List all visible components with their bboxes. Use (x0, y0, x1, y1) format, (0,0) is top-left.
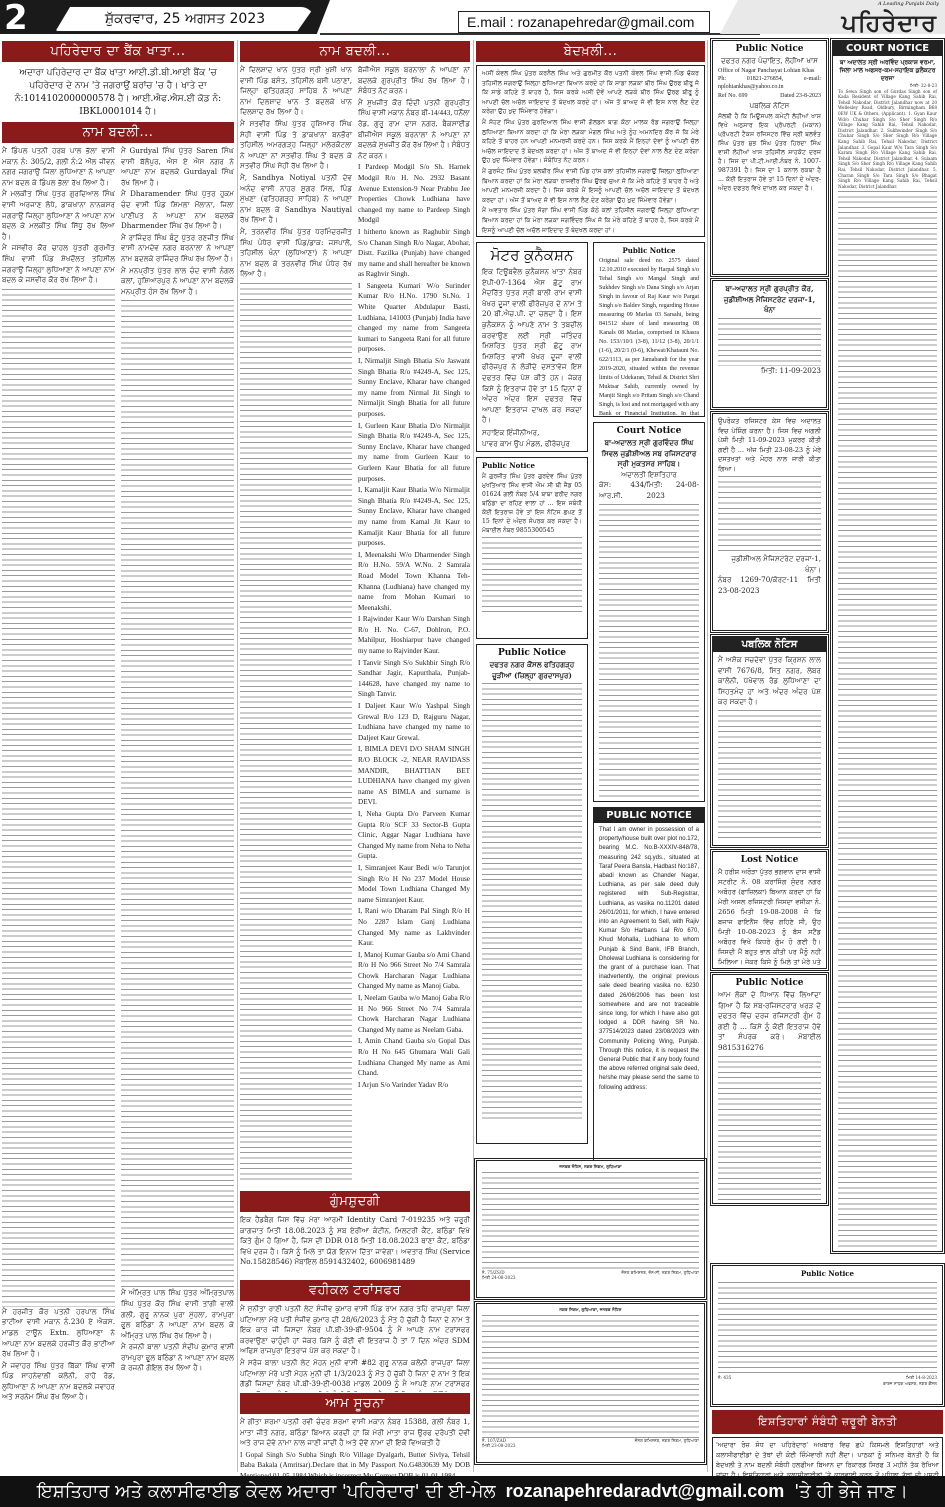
list-item: ਮੈਂ ਹਰਜੀਤ ਕੌਰ ਪਤਨੀ ਹਰਪਾਲ ਸਿੰਘ ਭਾਟੀਆ ਵਾਸੀ… (2, 1307, 115, 1360)
notice-title: Public Notice (482, 648, 582, 658)
column-3: ਬੇਦਖ਼ਲੀ... ਅਸੀਂ ਕੇਵਲ ਸਿੰਘ ਪੁੱਤਰ ਕਰਨੈਲ ਸਿ… (476, 40, 705, 1192)
disinheritance-box: ਅਸੀਂ ਕੇਵਲ ਸਿੰਘ ਪੁੱਤਰ ਕਰਨੈਲ ਸਿੰਘ ਅਤੇ ਗੁਰਮ… (476, 65, 705, 237)
filler-text (718, 1280, 937, 1375)
signature: ਜ਼ੋਨਲ ਕਮਿਸ਼ਨਰ, ਨਗਰ ਨਿਗਮ, ਲੁਧਿਆਣਾ (635, 1438, 699, 1444)
page-number: 2 (4, 0, 27, 38)
masthead-tagline: A Leading Punjabi Daily (878, 1, 939, 7)
list-item: ਮੈਂ Dharamender ਸਿੰਘ ਪੁੱਤਰ ਹੁਕਮ ਚੰਦ ਵਾਸੀ… (121, 189, 234, 231)
bank-account-text: ਅਦਾਰਾ ਪਹਿਰੇਦਾਰ ਦਾ ਬੈਂਕ ਖਾਤਾ ਆਈ.ਡੀ.ਬੀ.ਆਈ … (2, 65, 234, 121)
filler-text (482, 1313, 699, 1438)
name-change-heading: ਨਾਮ ਬਦਲੀ... (2, 122, 234, 143)
public-notice-english: PUBLIC NOTICE That I am owner in possess… (593, 807, 705, 1187)
footer-suffix: 'ਤੇ ਹੀ ਭੇਜੇ ਜਾਣ। (794, 1481, 908, 1502)
list-item: I, Kamaljit Kaur Bhatia W/o Nirmaljit Si… (358, 485, 470, 549)
list-item: ਬੋਜੀਐਸ ਸਕੂਲ ਬਰਨਾਲਾ ਨੇ ਆਪਣਾ ਨਾਂ ਬਦਲਕੇ ਗੁਰ… (358, 65, 470, 97)
notice-head: ਪਬਲਿਕ ਨੋਟਿਸ (718, 101, 821, 112)
general-notice-heading: ਆਮ ਸੂਚਨਾ (240, 1393, 470, 1414)
list-item: ਮੈਂ ਮਨਪ੍ਰੀਤ ਪੁੱਤਰ ਲਾਲ ਚੰਦ ਵਾਸੀ ਨੰਗਲ ਕਲਾਂ… (121, 266, 234, 298)
notice-subtitle: ਬਾ-ਅਦਾਲਤ ਸ੍ਰੀ ਗੁਰਪ੍ਰੀਤ ਕੌਰ, ਜੁਡੀਸ਼ੀਅਲ ਮੈ… (718, 284, 821, 316)
list-item: ਮੈਂ ਅਵਤਾਰ ਸਿੰਘ ਪੁੱਤਰ ਜੋਗਾ ਸਿੰਘ ਵਾਸੀ ਪਿੰਡ… (482, 206, 699, 235)
notice-date: ਮਿਤੀ 23-08-2023 (482, 1443, 699, 1449)
filler-text (121, 298, 234, 1288)
court-notice-nakodar: COURT NOTICE ਬਾ ਅਦਾਲਤ ਸ੍ਰੀ ਅਰਵਿੰਦ ਪ੍ਰਕਾਸ… (832, 40, 943, 1252)
notice-head: ਅਦਾਲਤੀ ਇਸ਼ਤਿਹਾਰ (599, 470, 699, 481)
list-item: I hitherto known as Raghubir Singh S/o C… (358, 227, 470, 280)
notice-subtitle: ਬਾ ਅਦਾਲਤ ਸ੍ਰੀ ਅਰਵਿੰਦ ਪ੍ਰਕਾਸ਼ ਵਰਮਾ, ਜਿਲਾ … (838, 59, 937, 83)
lost-heading: ਗੁੰਮਸ਼ੁਦਗੀ (240, 1191, 470, 1212)
name-change-list-left: ਮੈਂ ਡਿੰਪਲ ਪਤਨੀ ਹਰਬ ਪਾਲ ਭੱਲਾ ਵਾਸੀ ਮਕਾਨ ਨੰ… (2, 146, 115, 1464)
masthead-logo: ਪਹਿਰੇਦਾਰ (842, 8, 937, 37)
list-item: I, Neha Gupta D/o Parveen Kumar Gupta R/… (358, 809, 470, 862)
municipal-notice-1: ਜਨਤਕ ਨੋਟਿਸ, ਨਗਰ ਨਿਗਮ, ਲੁਧਿਆਣਾ ਨੰ. 75/ZS/… (476, 1160, 705, 1298)
filler-text (718, 474, 821, 554)
notice-text: ਸੋਲਬੀ ਹੈ ਕਿ ਮਿਊਸਪਲ ਕਮੇਟੀ ਲੋਹੀਆਂ ਖਾਸ ਵਿਖੇ… (718, 112, 821, 193)
signature: ਕਾਰਜ ਸਾਧਕ ਅਫਸਰ, ਨਗਰ ਕੌਂਸਲ (718, 1381, 937, 1387)
motor-connection-notice: ਮੋਟਰ ਕੁਨੈਕਸ਼ਨ ਇਕ ਟਿਊਬਵੈਲ ਕੁਨੈਕਸ਼ਨ ਖਾਤਾ ਨ… (476, 242, 588, 452)
notice-title: Court Notice (599, 426, 699, 436)
footer-text: ਇਸ਼ਤਿਹਾਰ ਅਤੇ ਕਲਾਸੀਫਾਈਡ ਕੇਵਲ ਅਦਾਰਾ 'ਪਹਿਰੇ… (37, 1481, 496, 1502)
notice-title: PUBLIC NOTICE (594, 808, 704, 823)
notice-subtitle: ਦਫਤਰ ਨਗਰ ਪੰਚਾਇਤ, ਲੋਹੀਆਂ ਖਾਸ (718, 56, 821, 67)
notice-text: Original sale deed no. 2575 dated 12.10.… (599, 257, 699, 417)
name-change-list-right: ਮੈਂ Gurdyal ਸਿੰਘ ਪੁੱਤਰ Saren ਸਿੰਘ ਵਾਸੀ ਬ… (121, 146, 234, 1464)
notice-title: Lost Notice (718, 855, 821, 865)
public-notice-lohian: Public Notice ਦਫਤਰ ਨਗਰ ਪੰਚਾਇਤ, ਲੋਹੀਆਂ ਖਾ… (712, 40, 827, 275)
footer-email[interactable]: rozanapehredaradvt@gmail.com (506, 1481, 785, 1502)
list-item: ਮੈਂ ਰਜਨੀ ਬਾਲਾ ਪਤਨੀ ਸੰਦੀਪ ਕੁਮਾਰ ਵਾਸੀ ਰਾਮਪ… (121, 1342, 234, 1374)
notice-title: Public Notice (718, 978, 821, 988)
notice-date: ਮਿਤੀ: 11-09-2023 (718, 366, 821, 377)
bottom-right-section: Public Notice ਨੰ: 435ਮਿਤੀ 14-8-2023 ਕਾਰਜ… (712, 1265, 943, 1485)
signature: ਜੁਡੀਸ਼ੀਅਲ ਮੈਜਿਸਟਰੇਟ ਦਰਜਾ-1, ਖੰਨਾ। (718, 554, 821, 575)
list-item: ਮੈਂ ਗੀਤਾ ਸ਼ਰਮਾ ਪਤਨੀ ਰਵੀ ਚੰਦਰ ਸ਼ਰਮਾ ਵਾਸੀ … (240, 1417, 470, 1449)
notice-text: ਮੈਂ ਅਸ਼ੋਕ ਸਚਦੇਵਾ ਪੁੱਤਰ ਕ੍ਰਿਸ਼ਨ ਲਾਲ ਵਾਸੀ … (718, 655, 821, 708)
list-item: ਮੈ ਸਰੋਜ ਬਾਲਾ ਪਤਨੀ ਲੇਟ ਮੋਹਨ ਮੁਨੀ ਵਾਸੀ #82… (240, 1358, 470, 1392)
list-item: I, Neelam Gauba w/o Manoj Gaba R/o H No … (358, 993, 470, 1035)
notice-text: ਮੈਂ ਹਰੀਸ਼ ਅਰੋੜਾ ਪੁੱਤਰ ਭਗਵਾਨ ਦਾਸ ਵਾਸੀ ਸਟਰ… (718, 867, 821, 969)
list-item: ਮੈਂ ਸੋਹਣ ਸਿੰਘ ਪੁੱਤਰ ਗੁਰਦਿਆਲ ਸਿੰਘ ਵਾਸੀ ਗੋ… (482, 118, 699, 166)
notice-date: Dated 23-8-2023 (780, 91, 821, 102)
notice-text: ਮੈਂ ਗੁਰਜੀਤ ਸਿੰਘ ਪੁੱਤਰ ਗੁਰਦੇਵ ਸਿੰਘ ਪੁੱਤਰ … (482, 472, 582, 535)
column-2: ਨਾਮ ਬਦਲੀ... ਮੈਂ ਦਿਲਸ਼ਾਦ ਖਾਨ ਪੁੱਤਰ ਸ੍ਰੀ ਖ… (240, 40, 470, 1489)
public-notice-council: Public Notice ਦਫਤਰ ਨਗਰ ਕੌਂਸਲ ਫਤਿਹਗੜ੍ਹ ਚੂ… (476, 644, 588, 1144)
column-divider (707, 40, 708, 1472)
list-item: I Pardeep Modgil S/o Sh. Harnek Modgil R… (358, 162, 470, 226)
column-4: Public Notice ਦਫਤਰ ਨਗਰ ਪੰਚਾਇਤ, ਲੋਹੀਆਂ ਖਾ… (712, 40, 827, 1209)
case-number: ਕੇਸ: 434/ਆਰ.ਸੀ. (599, 480, 647, 501)
list-item: ਮੈਂ, ਤਰਨਵੀਰ ਸਿੰਘ ਪੁੱਤਰ ਧਰਮਿੰਦਰਜੀਤ ਸਿੰਘ ਪ… (240, 227, 352, 280)
page-header: 2 ਸ਼ੁੱਕਰਵਾਰ, 25 ਅਗਸਤ 2023 E.mail : rozan… (0, 0, 945, 36)
filler-text (482, 681, 582, 1121)
notice-title: Public Notice (718, 1269, 937, 1278)
list-item: ਮੈਂ ਦਿਲਸ਼ਾਦ ਖਾਨ ਪੁੱਤਰ ਸ੍ਰੀ ਖੁਸ਼ੀ ਖਾਨ ਵਾਸ… (240, 65, 352, 118)
notice-date: ਮਿਤੀ 24-08-2023 (482, 1275, 699, 1281)
column-divider (473, 40, 474, 1472)
case-date: ਮਿਤੀ: 24-08-2023 (647, 480, 699, 501)
notice-title: Public Notice (482, 461, 582, 470)
office-contact: Ph: 01821-276854, e-mail: nplohiankhas@y… (718, 75, 821, 91)
list-item: ਅਸੀਂ ਕੇਵਲ ਸਿੰਘ ਪੁੱਤਰ ਕਰਨੈਲ ਸਿੰਘ ਅਤੇ ਗੁਰਮ… (482, 69, 699, 117)
name-change-list-punjabi: ਮੈਂ ਦਿਲਸ਼ਾਦ ਖਾਨ ਪੁੱਤਰ ਸ੍ਰੀ ਖੁਸ਼ੀ ਖਾਨ ਵਾਸ… (240, 65, 352, 1190)
notice-title: Public Notice (718, 44, 821, 54)
list-item: ਮੈਂ ਮਦਨ ਲਾਲ ਪੁੱਤਰ ਕਿਸ਼ਨ ਦਾਸ ਵਾਸੀ ਮਕਾਨ ਨੰ… (482, 236, 699, 237)
public-notice-punjabi-2: ਪਬਲਿਕ ਨੋਟਿਸ ਮੈਂ ਅਸ਼ੋਕ ਸਚਦੇਵਾ ਪੁੱਤਰ ਕ੍ਰਿਸ… (712, 636, 827, 846)
notice-title: COURT NOTICE (833, 41, 942, 56)
public-notice-sale-deed: Public Notice Original sale deed no. 257… (593, 242, 705, 417)
office-name: Office of Nagar Panchayat Lohian Khas (718, 67, 821, 75)
list-item: ਮੈਂ ਸੁਖਜੀਤ ਕੌਰ ਦਿੰਦੀ ਪਤਨੀ ਗੁਰਪ੍ਰੀਤ ਸਿੰਘ … (358, 98, 470, 162)
filler-text (482, 1170, 699, 1270)
list-item: I, Manoj Kumar Gauba s/o Ami Chand R/o H… (358, 950, 470, 992)
footer-banner: ਇਸ਼ਤਿਹਾਰ ਅਤੇ ਕਲਾਸੀਫਾਈਡ ਕੇਵਲ ਅਦਾਰਾ 'ਪਹਿਰੇ… (0, 1476, 945, 1507)
list-item: I Arjun S/o Varinder Yadav R/o (358, 1080, 470, 1091)
list-item: I, Meenakshi W/o Dharmender Singh R/o H.… (358, 550, 470, 614)
public-notice-bottom: Public Notice ਨੰ: 435ਮਿਤੀ 14-8-2023 ਕਾਰਜ… (712, 1265, 943, 1405)
list-item: ਮੈਂ ਮਲਕੀਤ ਸਿੰਘ ਪੁੱਤਰ ਗੁਰਦਿਆਲ ਸਿੰਘ ਵਾਸੀ ਅ… (2, 189, 115, 242)
list-item: I Rajwinder Kaur W/o Darshan Singh R/o H… (358, 614, 470, 656)
column-5: COURT NOTICE ਬਾ ਅਦਾਲਤ ਸ੍ਰੀ ਅਰਵਿੰਦ ਪ੍ਰਕਾਸ… (832, 40, 943, 1257)
list-item: I Tanvir Singh S/o Sukhbir Singh R/o San… (358, 658, 470, 700)
list-item: I, Gurleen Kaur Bhatia D/o Nirmaljit Sin… (358, 421, 470, 485)
list-item: ਮੈਂ ਸਤਵੀਰ ਸਿੰਘ ਪੁੱਤਰ ਹੁਸ਼ਿਆਰ ਸਿੰਘ ਸੇਹੀ ਵ… (240, 119, 352, 172)
filler-text (240, 281, 352, 1181)
name-change-heading-2: ਨਾਮ ਬਦਲੀ... (240, 41, 470, 62)
notice-text: To Sewa Singh son of Gurdas Singh son of… (838, 89, 937, 190)
court-notice-khanna-cont: ਉਪਰੋਕਤ ਰਜਿਸਟਰ ਕੇਸ ਵਿਚ ਅਦਾਲਤ ਵਿਚ ਪੇਸ਼ਿੰਗ … (712, 413, 827, 631)
ref-number: Ref No. 699 (718, 91, 748, 102)
column-divider (237, 40, 238, 1472)
list-item: I, Rani w/o Dharam Pal Singh R/o H No 22… (358, 906, 470, 948)
notice-text: ਆਮ ਲੋਕਾਂ ਦੇ ਧਿਆਨ ਵਿੱਚ ਲਿਆਂਦਾ ਗਿਆ ਹੈ ਕਿ ਸ… (718, 990, 821, 1054)
notice-text: That I am owner in possession of a prope… (599, 826, 699, 1093)
list-item: ਮੈਂ ਜਵਾਹਰ ਸਿੰਘ ਪੁੱਤਰ ਬਿੱਕਾ ਸਿੰਘ ਵਾਸੀ ਪਿੰ… (2, 1361, 115, 1403)
list-item: I Sangeeta Kumari W/o Surinder Kumar R/o… (358, 281, 470, 355)
list-item: ਮੈਂ Gurdyal ਸਿੰਘ ਪੁੱਤਰ Saren ਸਿੰਘ ਵਾਸੀ ਬ… (121, 146, 234, 188)
list-item: ਮੈਂ ਜਸਵੀਰ ਕੌਰ ਚਾਹਲ ਪੁੱਤਰੀ ਗੁਰਮੀਤ ਸਿੰਘ ਵਾ… (2, 243, 115, 285)
municipal-notice-2: ਨਗਰ ਨਿਗਮ, ਲੁਧਿਆਣਾ, ਜਨਤਕ ਨੋਟਿਸ ਨੰ. 107/ZA… (476, 1303, 705, 1463)
lost-notice: Lost Notice ਮੈਂ ਹਰੀਸ਼ ਅਰੋੜਾ ਪੁੱਤਰ ਭਗਵਾਨ … (712, 851, 827, 969)
disclaimer-heading: ਇਸ਼ਤਿਹਾਰਾਂ ਸੰਬੰਧੀ ਜ਼ਰੂਰੀ ਬੇਨਤੀ (712, 1410, 943, 1434)
notice-title: Public Notice (599, 246, 699, 255)
list-item: I, Amin Chand Gauba s/o Gopal Das R/o H … (358, 1036, 470, 1078)
public-notice-kharar: Public Notice ਆਮ ਲੋਕਾਂ ਦੇ ਧਿਆਨ ਵਿੱਚ ਲਿਆਂ… (712, 974, 827, 1204)
list-item: ਮੈਂ ਸੁਨੀਤਾ ਰਾਣੀ ਪਤਨੀ ਲੇਟ ਸੰਜੀਵ ਕੁਮਾਰ ਵਾਸ… (240, 1304, 470, 1357)
filler-text (718, 1054, 821, 1204)
filler-text (2, 287, 115, 1307)
vehicle-transfer-list: ਮੈਂ ਸੁਨੀਤਾ ਰਾਣੀ ਪਤਨੀ ਲੇਟ ਸੰਜੀਵ ਕੁਮਾਰ ਵਾਸ… (240, 1304, 470, 1392)
vehicle-transfer-heading: ਵਹੀਕਲ ਟਰਾਂਸਫਰ (240, 1280, 470, 1301)
list-item: ਮੈਂ ਗੁਰਜੰਟ ਸਿੰਘ ਪੁੱਤਰ ਬਲਬੀਰ ਸਿੰਘ ਵਾਸੀ ਪਿ… (482, 167, 699, 205)
motor-connection-title: ਮੋਟਰ ਕੁਨੈਕਸ਼ਨ (482, 246, 582, 264)
bottom-municipal-notices: ਜਨਤਕ ਨੋਟਿਸ, ਨਗਰ ਨਿਗਮ, ਲੁਧਿਆਣਾ ਨੰ. 75/ZS/… (476, 1160, 705, 1468)
list-item: ਮੈਂ ਡਿੰਪਲ ਪਤਨੀ ਹਰਬ ਪਾਲ ਭੱਲਾ ਵਾਸੀ ਮਕਾਨ ਨੰ… (2, 146, 115, 188)
list-item: I, BIMLA DEVI D/O SHAM SINGH R/O BLOCK -… (358, 744, 470, 808)
notice-subtitle: ਦਫਤਰ ਨਗਰ ਕੌਂਸਲ ਫਤਿਹਗੜ੍ਹ ਚੂੜੀਆਂ (ਜ਼ਿਲ੍ਹਾ … (482, 660, 582, 681)
list-item: ਮੈਂ ਰਾਜਿੰਦਰ ਸਿੰਘ ਬੰਟੂ ਪੁੱਤਰ ਰਣਜੀਤ ਸਿੰਘ ਵ… (121, 233, 234, 265)
list-item: ਮੈਂ, Sandhya Notiyal ਪਤਨੀ ਦੇਵ ਅਨੰਦ ਵਾਸੀ … (240, 173, 352, 226)
notice-title: ਪਬਲਿਕ ਨੋਟਿਸ (713, 637, 826, 652)
bank-account-heading: ਪਹਿਰੇਦਾਰ ਦਾ ਬੈਂਕ ਖਾਤਾ... (2, 41, 234, 62)
signature: ਸਹਾਇਕ ਇੰਜੀਨੀਅਰ, (482, 428, 582, 439)
signature: ਪਾਵਰ ਕਾਮ ਉਪ ਮੰਡਲ, ਫੀਰੋਜ਼ਪੁਰ (482, 439, 582, 450)
contact-email[interactable]: E.mail : rozanapehredar@gmail.com (458, 11, 710, 33)
court-notice-khanna: ਬਾ-ਅਦਾਲਤ ਸ੍ਰੀ ਗੁਰਪ੍ਰੀਤ ਕੌਰ, ਜੁਡੀਸ਼ੀਅਲ ਮੈ… (712, 280, 827, 408)
list-item: ਮੈਂ ਅੰਮ੍ਰਿਤ ਪਾਲ ਸਿੰਘ ਪੁੱਤਰ ਅੰਮ੍ਰਿਤਪਾਲ ਸਿ… (121, 1288, 234, 1341)
notice-subtitle: ਬਾ-ਅਦਾਲਤ ਸ੍ਰੀ ਗੁਰਵਿੰਦਰ ਸਿੰਘ ਸਿਵਲ ਜੁਡੀਸ਼ੀ… (599, 438, 699, 470)
ref-number: ਨੰ: 435 (718, 1375, 731, 1381)
disinheritance-heading: ਬੇਦਖ਼ਲੀ... (476, 41, 705, 62)
filler-text (718, 708, 821, 838)
filler-text (838, 189, 937, 1252)
ref-number: ਨੰਬਰ 1269-70/ਕੋਰਟ-11 ਮਿਤੀ 23-08-2023 (718, 575, 821, 596)
court-notice: Court Notice ਬਾ-ਅਦਾਲਤ ਸ੍ਰੀ ਗੁਰਵਿੰਦਰ ਸਿੰਘ… (593, 422, 705, 802)
lost-text: ਇਕ ਹੈਂਡਬੈਗ ਜਿਸ ਵਿੱਚ ਮੇਰਾ ਆਰਮੀ Identity C… (240, 1215, 470, 1279)
filler-text (482, 535, 582, 615)
list-item: I, Nirmaljit Singh Bhatia S/o Jaswant Si… (358, 356, 470, 420)
notice-date: ਮਿਤੀ 14-8-2023 (906, 1375, 937, 1381)
masthead: A Leading Punjabi Daily ਪਹਿਰੇਦਾਰ (720, 0, 945, 34)
filler-text (599, 502, 699, 802)
list-item: I Daljeet Kaur W/o Yashpal Singh Grewal … (358, 701, 470, 743)
header-rule (320, 33, 760, 35)
motor-connection-text: ਇਕ ਟਿਊਬਵੈਲ ਕੁਨੈਕਸ਼ਨ ਖਾਤਾ ਨੰਬਰ ਏਪੀ-07-136… (482, 267, 582, 426)
signature: ਜ਼ੋਨਲ ਕਮਿਸ਼ਨਰ, ਜ਼ੋਨ-ਸੀ, ਨਗਰ ਨਿਗਮ, ਲੁਧਿਆਣ… (621, 1270, 699, 1276)
public-notice-punjabi: Public Notice ਮੈਂ ਗੁਰਜੀਤ ਸਿੰਘ ਪੁੱਤਰ ਗੁਰਦ… (476, 457, 588, 639)
list-item: I, Simranjeet Kaur Bedi w/o Tarunjot Sin… (358, 863, 470, 905)
column-1: ਪਹਿਰੇਦਾਰ ਦਾ ਬੈਂਕ ਖਾਤਾ... ਅਦਾਰਾ ਪਹਿਰੇਦਾਰ … (2, 40, 234, 1464)
name-change-list-english: ਬੋਜੀਐਸ ਸਕੂਲ ਬਰਨਾਲਾ ਨੇ ਆਪਣਾ ਨਾਂ ਬਦਲਕੇ ਗੁਰ… (358, 65, 470, 1190)
issue-date: ਸ਼ੁੱਕਰਵਾਰ, 25 ਅਗਸਤ 2023 (55, 6, 315, 32)
notice-text: ਉਪਰੋਕਤ ਰਜਿਸਟਰ ਕੇਸ ਵਿਚ ਅਦਾਲਤ ਵਿਚ ਪੇਸ਼ਿੰਗ … (718, 417, 821, 474)
filler-text (718, 316, 821, 366)
